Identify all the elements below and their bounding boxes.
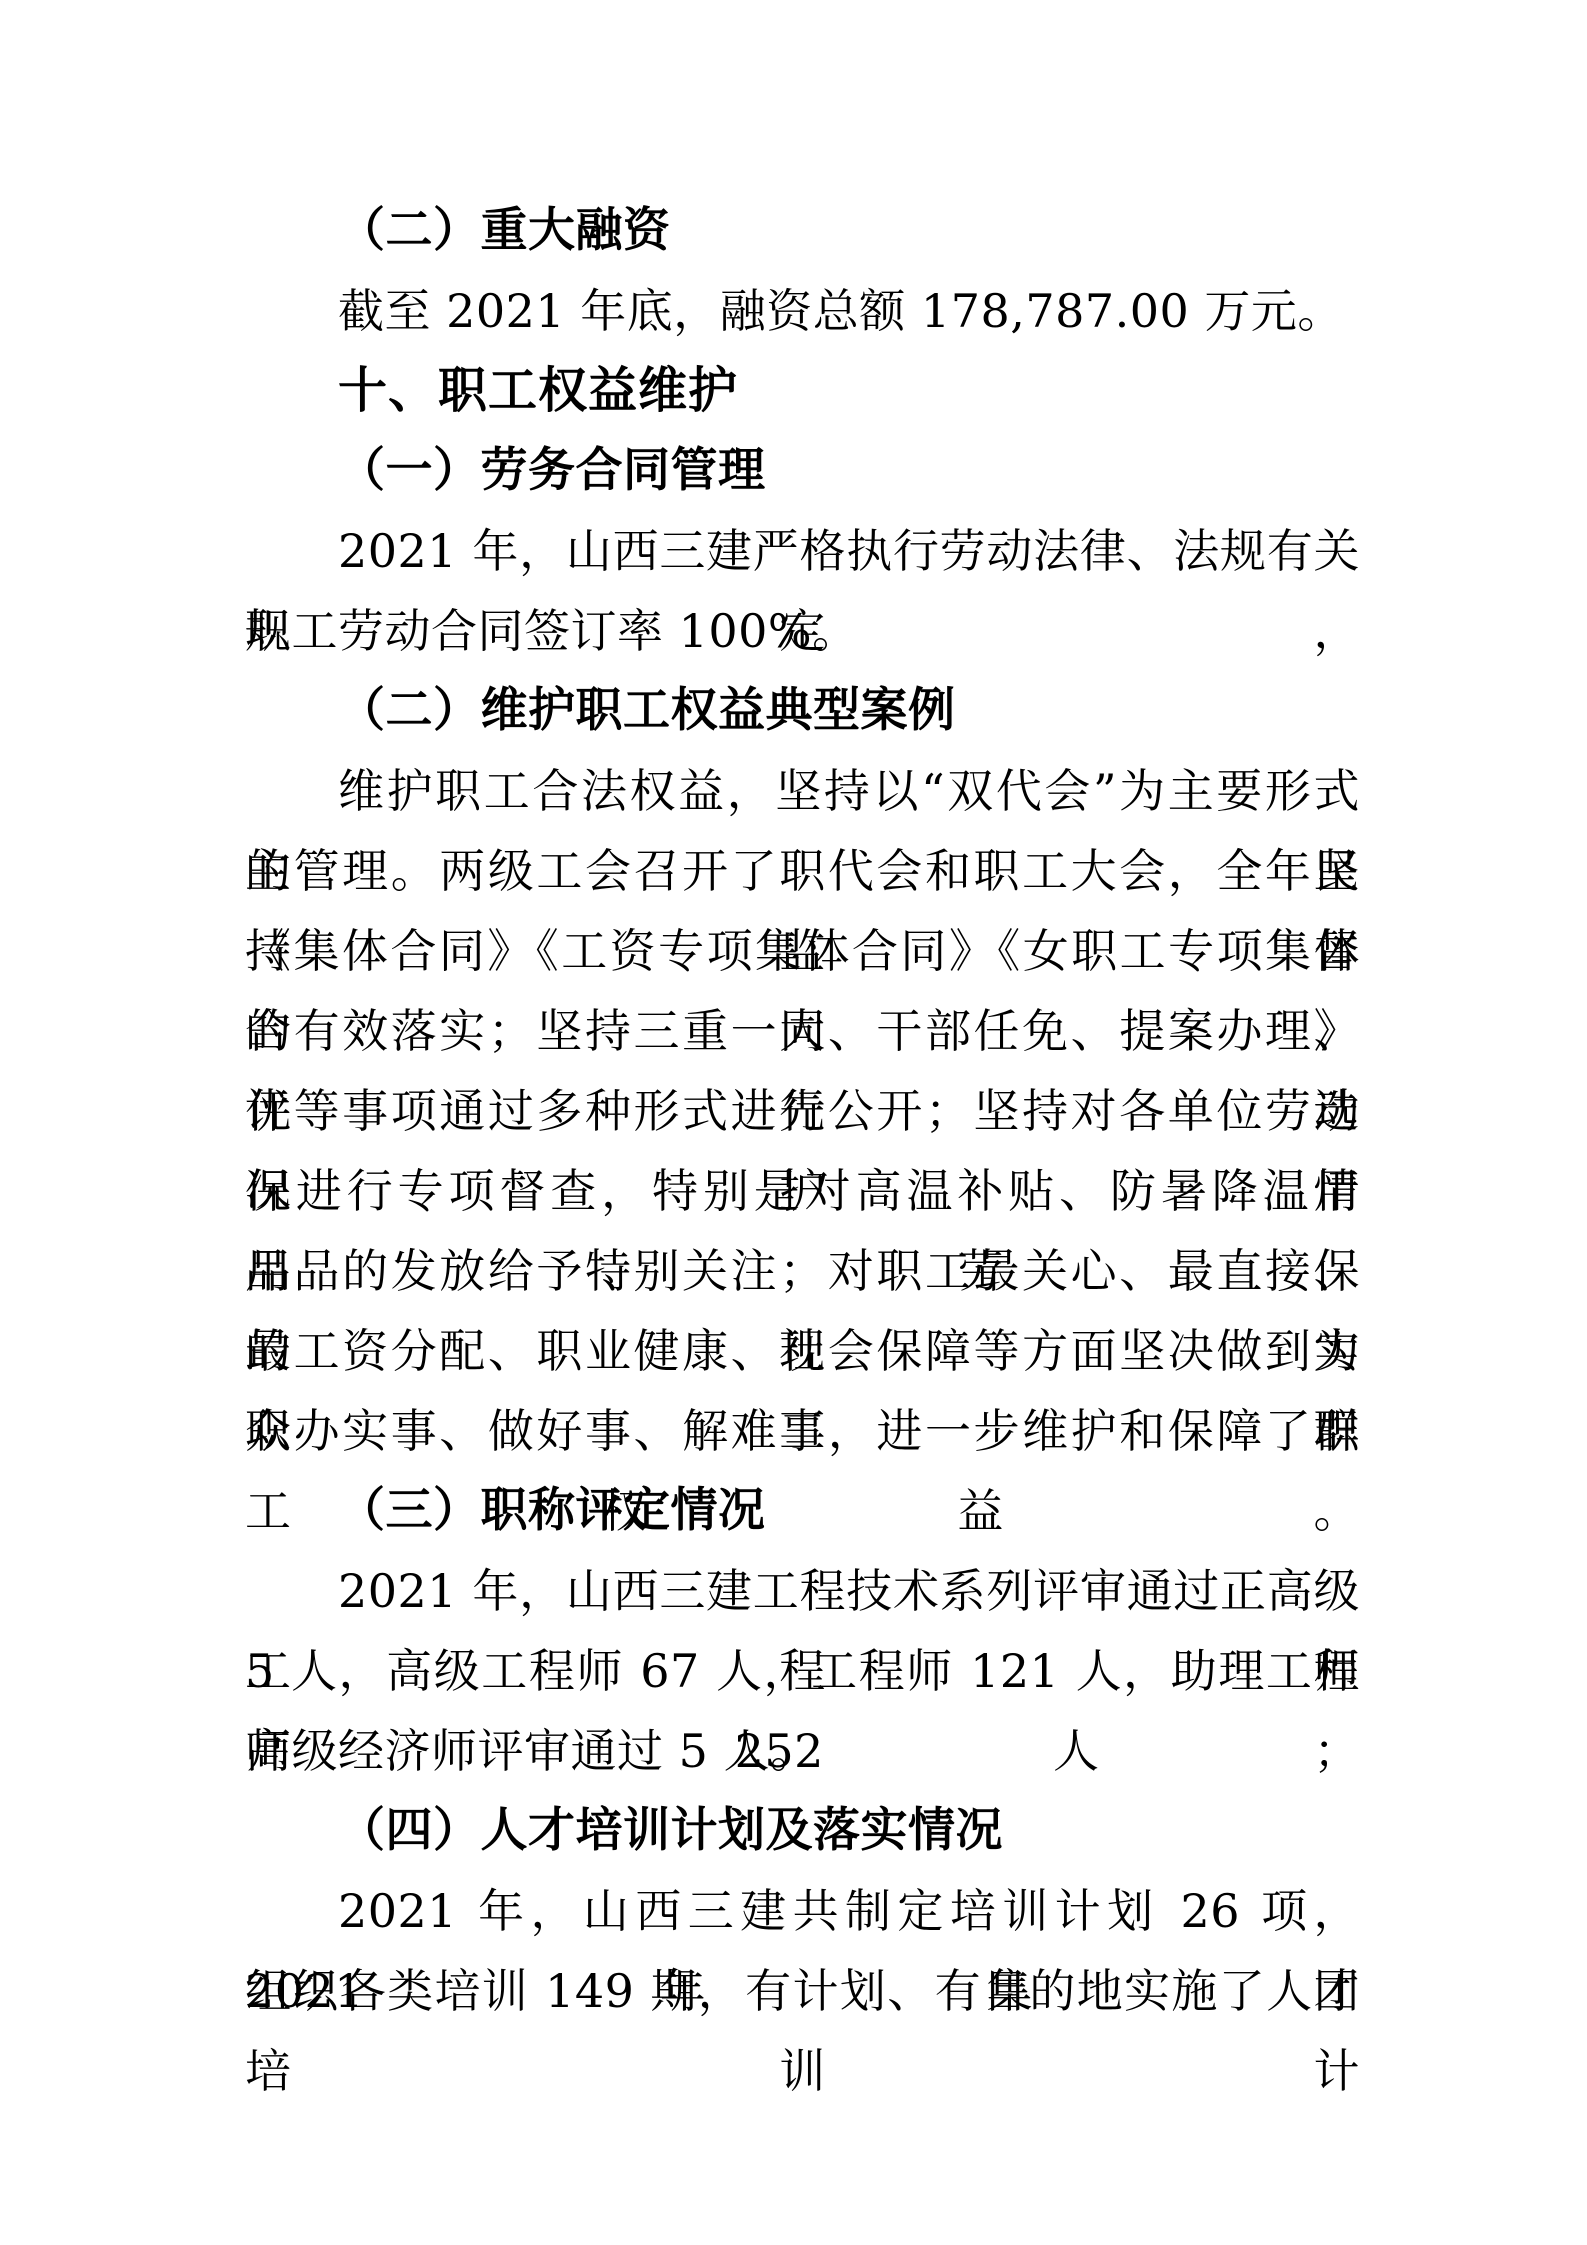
heading-section-1-labor-contract-management: （一）劳务合同管理 [245, 431, 1360, 511]
heading-section-2-major-financing: （二）重大融资 [245, 191, 1360, 271]
text-talent-training-line-2: 组织各类培训 149 期，有计划、有目的地实施了人才培训计 [245, 1951, 1360, 2031]
heading-section-4-talent-training: （四）人才培训计划及落实情况 [245, 1791, 1360, 1871]
text-labor-law-line-1: 2021 年，山西三建严格执行劳动法律、法规有关规定， [245, 511, 1360, 591]
text-rights-paragraph-line-7: 用品的发放给予特别关注；对职工最关心、最直接、最现实 [245, 1231, 1360, 1311]
heading-chapter-10-employee-rights: 十、职工权益维护 [245, 351, 1360, 431]
text-rights-paragraph-line-5: 优等事项通过多种形式进行公开；坚持对各单位劳动保护情 [245, 1071, 1360, 1151]
text-rights-paragraph-line-6: 况进行专项督查，特别是对高温补贴、防暑降温用品、劳保 [245, 1151, 1360, 1231]
text-rights-paragraph-line-3: 《集体合同》《工资专项集体合同》《女职工专项集体合同》 [245, 911, 1360, 991]
heading-section-2-rights-protection-cases: （二）维护职工权益典型案例 [245, 671, 1360, 751]
text-title-evaluation-line-1: 2021 年，山西三建工程技术系列评审通过正高级工程师 [245, 1551, 1360, 1631]
text-rights-paragraph-line-9: 众办实事、做好事、解难事，进一步维护和保障了职工权益。 [245, 1391, 1360, 1471]
text-title-evaluation-line-2: 5 人，高级工程师 67 人，工程师 121 人，助理工程师 252 人； [245, 1631, 1360, 1711]
text-rights-paragraph-line-8: 的工资分配、职业健康、社会保障等方面坚决做到为职工群 [245, 1311, 1360, 1391]
text-rights-paragraph-line-2: 主管理。两级工会召开了职代会和职工大会，全年坚持监督 [245, 831, 1360, 911]
text-rights-paragraph-line-4: 的有效落实；坚持三重一大、干部任免、提案办理、评先选 [245, 991, 1360, 1071]
text-rights-paragraph-line-1: 维护职工合法权益，坚持以“双代会”为主要形式的民 [245, 751, 1360, 831]
text-talent-training-line-1: 2021 年，山西三建共制定培训计划 26 项，2021 年集团 [245, 1871, 1360, 1951]
document-page: （二）重大融资 截至 2021 年底，融资总额 178,787.00 万元。 十… [0, 0, 1587, 2245]
text-financing-total: 截至 2021 年底，融资总额 178,787.00 万元。 [245, 271, 1360, 351]
